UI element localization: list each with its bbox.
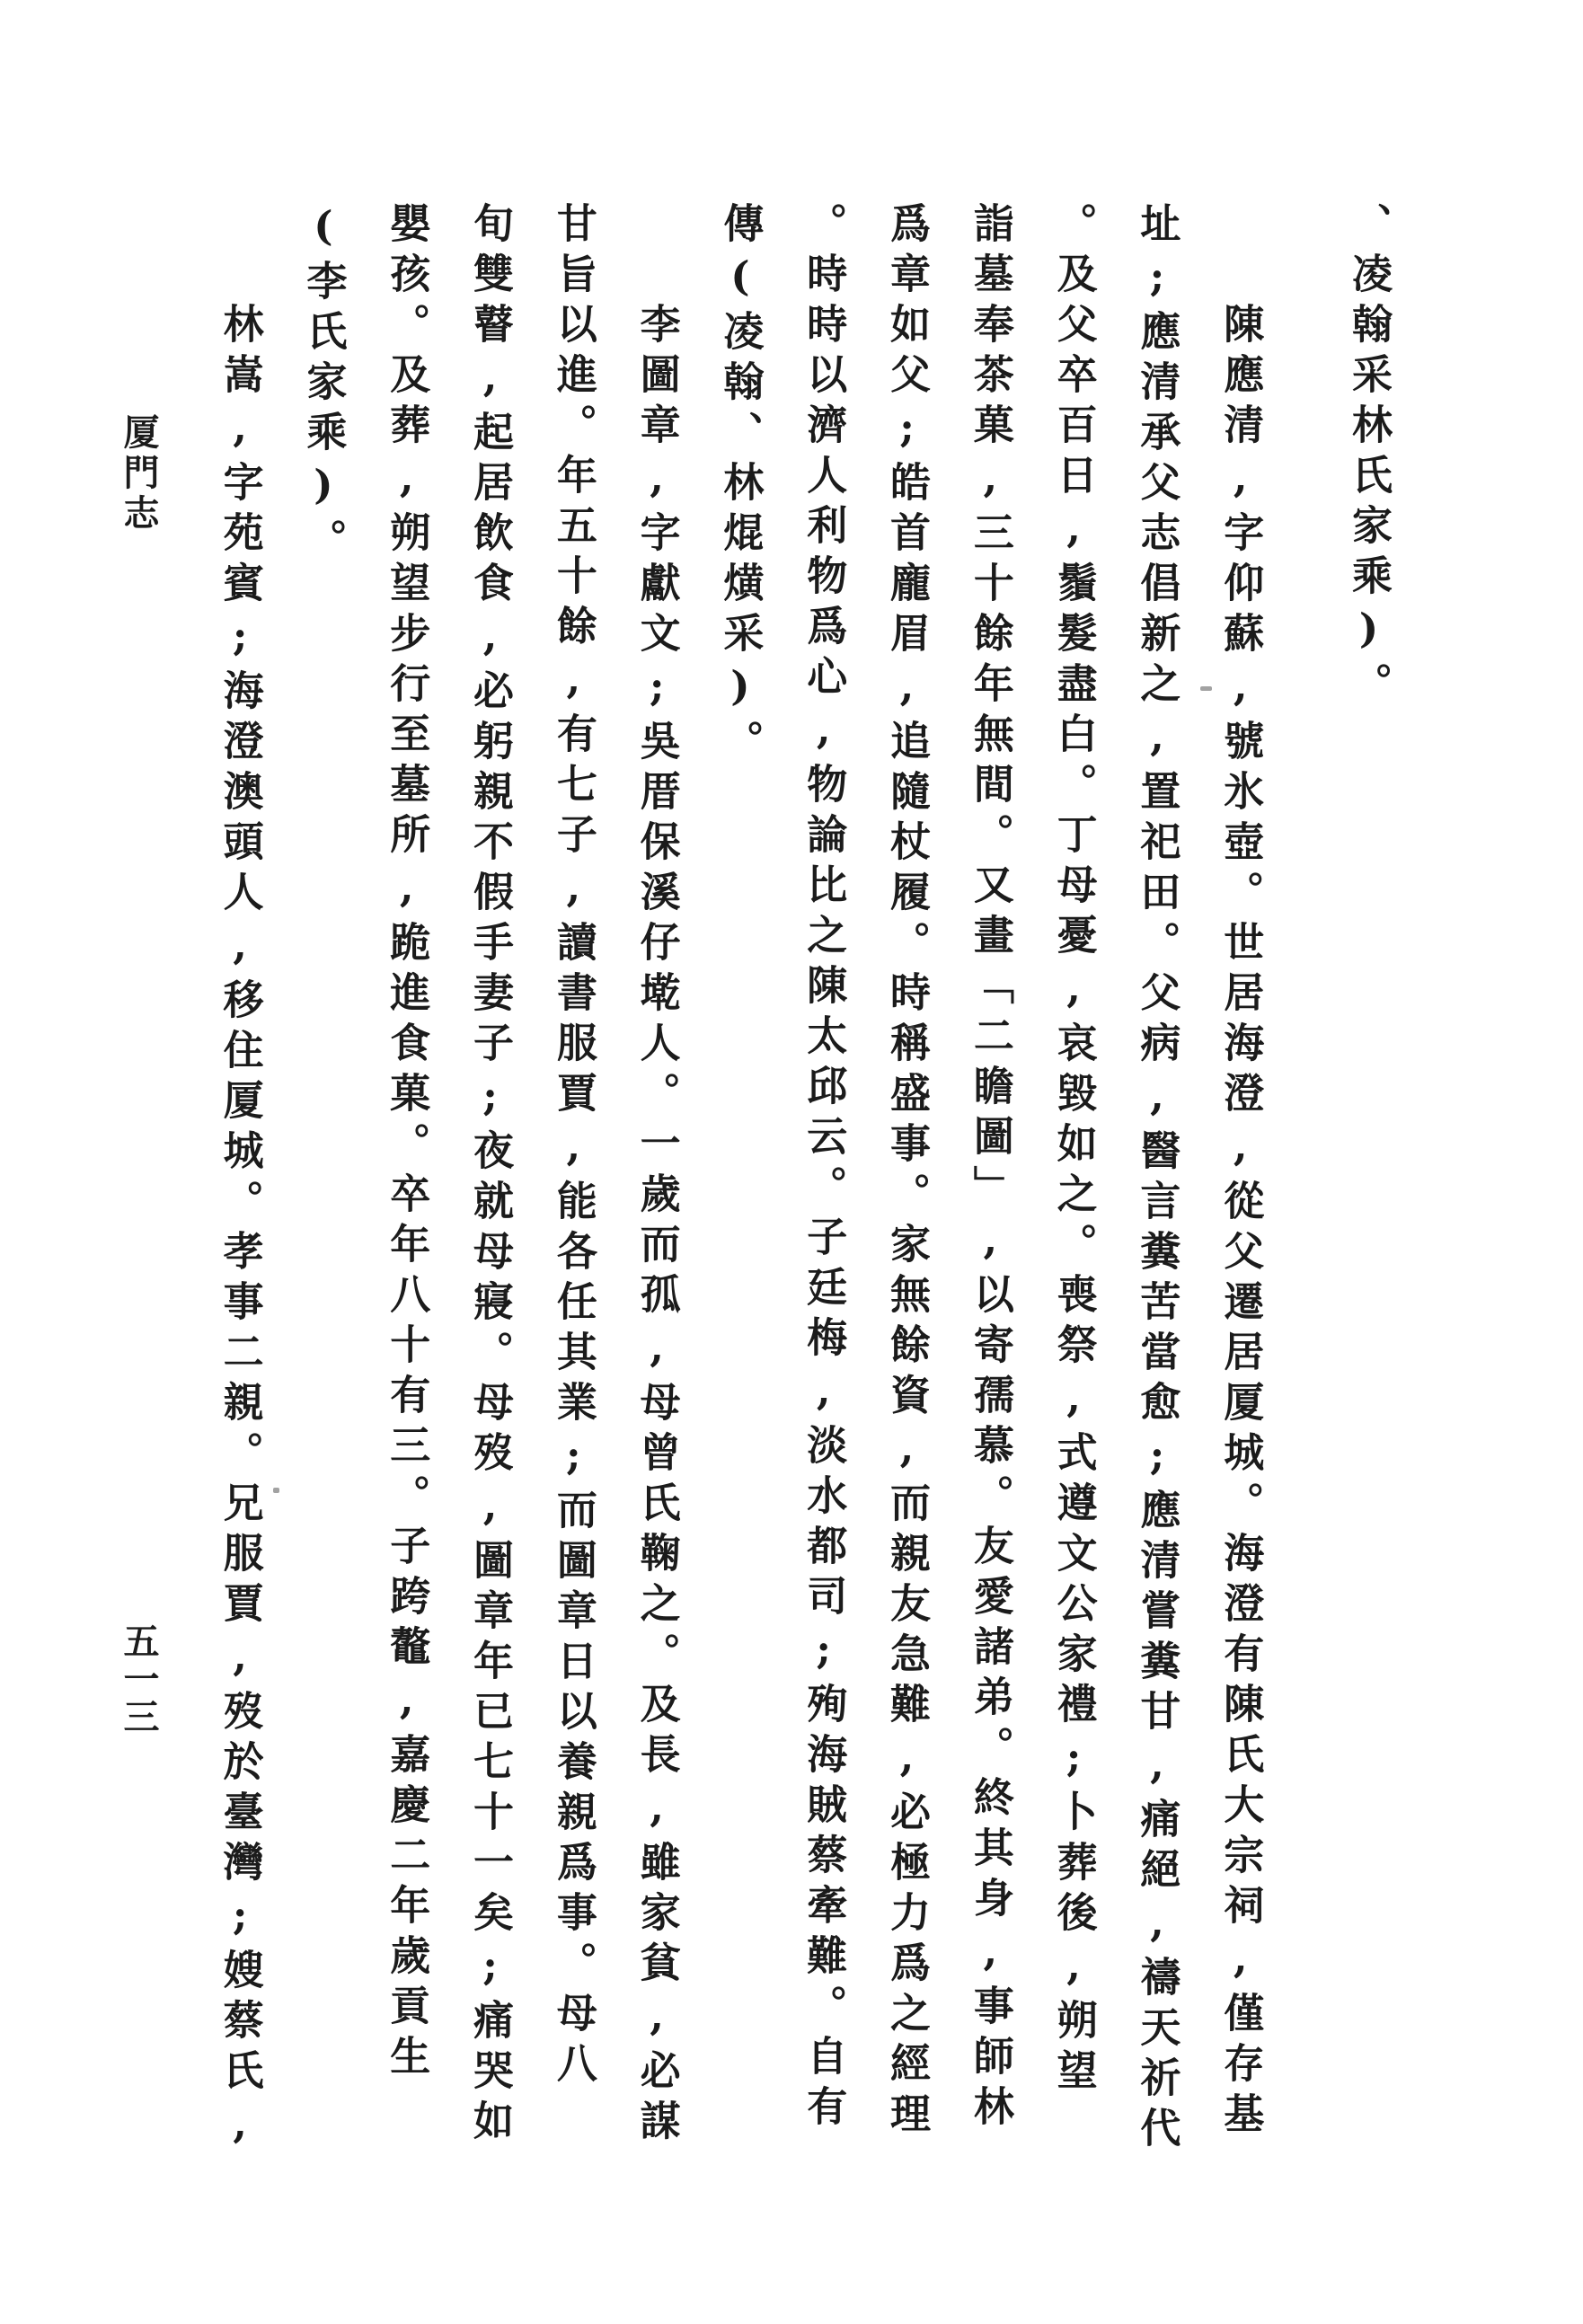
text-column-7: 。時時以濟人利物爲心,物論比之陳太邱云。子廷梅,淡水都司;殉海賊蔡牽難。自有 [801,202,844,2120]
text-column-2: 陳應清,字仰蘇,號氷壺。世居海澄,從父遷居厦城。海澄有陳氏大宗祠,僅存基 [1218,202,1260,2120]
text-column-3: 址;應清承父志倡新之,置祀田。父病,醫言糞苦當愈;應清嘗糞甘,痛絕,禱天祈代 [1136,202,1178,2120]
scan-speck [273,1488,279,1493]
scanned-book-page: 厦門志 、凌翰采林氏家乘)。 陳應清,字仰蘇,號氷壺。世居海澄,從父遷居厦城。海… [0,0,1583,2324]
text-column-6: 爲章如父;皓首龐眉,追隨杖履。時稱盛事。家無餘資,而親友急難,必極力爲之經理 [885,202,927,2120]
scan-speck [909,1026,915,1030]
text-column-9: 李圖章,字獻文;吳厝保溪仔墘人。一歲而孤,母曾氏鞠之。及長,雖家貧,必謀 [635,202,677,2120]
text-column-5: 詣墓奉茶菓,三十餘年無間。又畫「二瞻圖」,以寄孺慕。友愛諸弟。終其身,事師林 [968,202,1011,2120]
text-column-10: 甘旨以進。年五十餘,有七子,讀書服賈,能各任其業;而圖章日以養親爲事。母八 [552,202,594,2120]
main-text-block: 、凌翰采林氏家乘)。 陳應清,字仰蘇,號氷壺。世居海澄,從父遷居厦城。海澄有陳氏… [218,202,1389,2120]
text-column-8: 傳(凌翰、林焜熿采)。 [719,202,761,2120]
text-column-1: 、凌翰采林氏家乘)。 [1347,202,1389,2120]
text-column-13: (李氏家乘)。 [302,202,344,2120]
text-column-14: 林嵩,字苑賓;海澄澳頭人,移住厦城。孝事二親。兄服賈,歿於臺灣;嫂蔡氏, [218,202,261,2120]
scan-speck [1200,686,1212,691]
text-column-12: 嬰孩。及葬,朔望步行至墓所,跪進食菓。卒年八十有三。子跨鼇,嘉慶二年歲貢生 [385,202,427,2120]
text-column-4: 。及父卒百日,鬚髮盡白。丁母憂,哀毀如之。喪祭,式遵文公家禮;卜葬後,朔望 [1052,202,1094,2120]
running-title: 厦門志 [113,413,164,535]
text-column-11: 旬雙瞽,起居飲食,必躬親不假手妻子;夜就母寢。母歿,圖章年已七十一矣;痛哭如 [468,202,510,2120]
page-number: 五一三 [113,1622,164,1736]
